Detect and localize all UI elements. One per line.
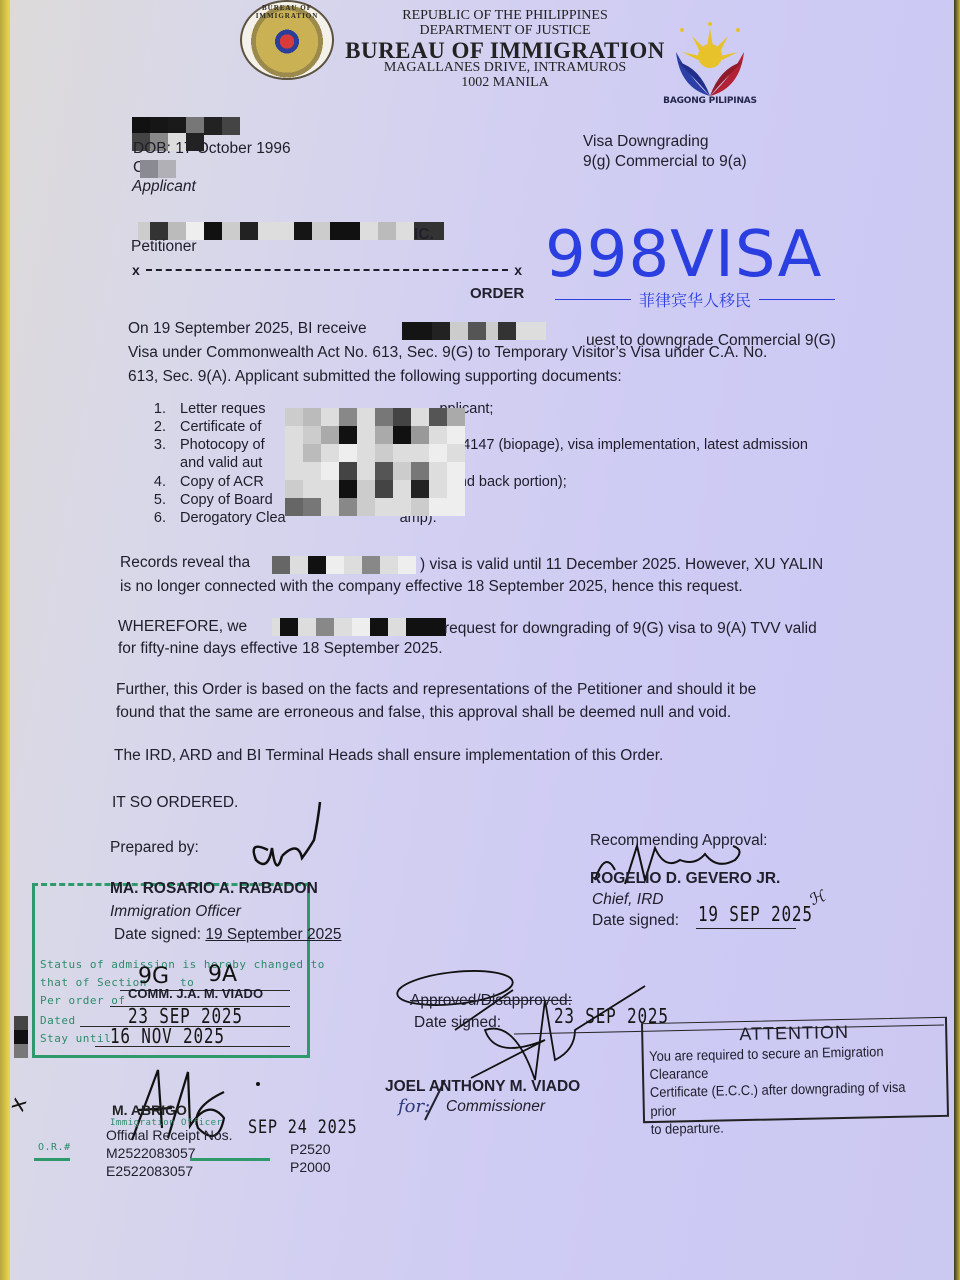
applicant-dob: DOB: 17 October 1996 [133, 138, 291, 159]
document-number: 5. [150, 491, 166, 509]
para4-line-1: Further, this Order is based on the fact… [116, 679, 756, 700]
margin-mark-x: x [10, 1094, 32, 1115]
redacted-para1 [402, 322, 546, 340]
receipt-amount-1: P2520 [290, 1140, 330, 1159]
document-text: and valid aut [180, 454, 262, 472]
watermark-brand: 998VISA [545, 218, 822, 292]
redacted-left-margin [14, 1016, 28, 1058]
document-text: Certificate of [180, 418, 261, 436]
document-item: 6.Derogatory Cleaamp). [150, 509, 808, 527]
recommending-name: ROGELIO D. GEVERO JR. [590, 868, 780, 889]
stamp-or-label: O.R.# [38, 1142, 71, 1153]
recommending-date-rule [696, 928, 796, 929]
document-text: Letter reques [180, 400, 265, 418]
document-text: Copy of Board [180, 491, 273, 509]
order-document: BUREAU OF IMMIGRATION REPUBLIC OF THE PH… [10, 0, 954, 1280]
stamp-stay-rule [95, 1046, 290, 1047]
para3-line-1a: WHEREFORE, we [118, 616, 247, 637]
stamp-order-value: COMM. J.A. M. VIADO [128, 986, 263, 1001]
prepared-name: MA. ROSARIO A. RABADON [110, 878, 318, 899]
bagong-pilipinas-label: BAGONG PILIPINAS [655, 96, 765, 106]
receipt-amount-2: P2000 [290, 1158, 330, 1177]
stamp-receipt-underline [190, 1158, 270, 1161]
document-text: Copy of ACR [180, 473, 264, 491]
redacted-para2 [272, 556, 416, 574]
approval-for-label: for: [398, 1096, 430, 1117]
signature-rabadon-icon [238, 800, 338, 880]
attention-notice: ATTENTION You are required to secure an … [641, 1017, 949, 1123]
receipt-number-1: M2522083057 [106, 1144, 196, 1163]
stamp-stay-label: Stay until [40, 1032, 111, 1045]
document-item: 5.Copy of Board [150, 491, 808, 509]
document-item: 2.Certificate ofner; [150, 418, 808, 436]
document-item: 1.Letter requespplicant; [150, 400, 808, 418]
document-number [150, 454, 166, 472]
para1-line-2: Visa under Commonwealth Act No. 613, Sec… [128, 342, 767, 363]
seal-text: BUREAU OF IMMIGRATION [242, 4, 332, 20]
prepared-date-row: Date signed: 19 September 2025 [114, 924, 342, 945]
stamp-status-line: Status of admission is hereby changed to [40, 958, 325, 971]
document-number: 2. [150, 418, 166, 436]
stamp-dated-label: Dated [40, 1014, 76, 1027]
document-number: 6. [150, 509, 166, 527]
receipts-label: Official Receipt Nos. [106, 1126, 233, 1145]
bureau-seal-logo: BUREAU OF IMMIGRATION [240, 0, 334, 80]
prepared-date-value: 19 September 2025 [205, 926, 341, 943]
document-text-tail: EP6444147 (biopage), visa implementation… [419, 436, 808, 454]
petitioner-role-label: Petitioner [131, 236, 196, 257]
document-number: 4. [150, 473, 166, 491]
approval-name: JOEL ANTHONY M. VIADO [385, 1076, 580, 1097]
watermark-subtitle-row: 菲律宾华人移民 [555, 288, 835, 311]
recommending-date-value: 19 SEP 2025 [698, 902, 813, 926]
prepared-title: Immigration Officer [110, 901, 241, 922]
approval-date-label: Date signed: [414, 1012, 501, 1033]
order-title: ORDER [470, 284, 524, 305]
bagong-pilipinas-logo-icon [670, 22, 750, 98]
divider-dashes [146, 269, 508, 271]
stamp-or-underline [34, 1158, 70, 1161]
para1-line-1a: On 19 September 2025, BI receive [128, 318, 367, 339]
divider-right-mark: x [514, 262, 522, 278]
para3-line-1b: request for downgrading of 9(G) visa to … [444, 618, 817, 639]
document-number: 1. [150, 400, 166, 418]
stamp-to-value: 9A [208, 962, 237, 987]
para5: The IRD, ARD and BI Terminal Heads shall… [114, 745, 663, 766]
redacted-para3 [272, 618, 446, 636]
stamp-officer-name: M. ABRIGO [112, 1102, 187, 1118]
attention-line-1: You are required to secure an Emigration… [643, 1041, 938, 1084]
para1-line-3: 613, Sec. 9(A). Applicant submitted the … [128, 366, 622, 387]
watermark-rule-right [759, 299, 835, 301]
prepared-label: Prepared by: [110, 837, 199, 858]
para3-line-2: for fifty-nine days effective 18 Septemb… [118, 638, 443, 659]
watermark-subtitle: 菲律宾华人移民 [639, 288, 751, 311]
recommending-date-label: Date signed: [592, 910, 679, 931]
watermark-rule-left [555, 299, 631, 301]
approval-title: Commissioner [446, 1096, 545, 1117]
para2-line-2: is no longer connected with the company … [120, 576, 743, 597]
supporting-documents-list: 1.Letter requespplicant; 2.Certificate o… [150, 400, 808, 527]
petitioner-name-suffix: IC. [414, 224, 434, 245]
para6-so-ordered: IT SO ORDERED. [112, 792, 238, 813]
document-item: 3.Photocopy ofEP6444147 (biopage), visa … [150, 436, 808, 454]
divider-left-mark: x [132, 262, 140, 278]
attention-line-2: Certificate (E.C.C.) after downgrading o… [644, 1077, 939, 1120]
redacted-documents [285, 408, 475, 516]
recommending-title: Chief, IRD [592, 889, 664, 910]
header-address-1: MAGALLANES DRIVE, INTRAMUROS [340, 60, 670, 76]
document-item: and valid aut [150, 454, 808, 472]
header-department: DEPARTMENT OF JUSTICE [340, 23, 670, 39]
receipt-number-2: E2522083057 [106, 1162, 193, 1181]
prepared-date-label: Date signed: [114, 926, 201, 943]
document-item: 4.Copy of ACR(front and back portion); [150, 473, 808, 491]
header-republic: REPUBLIC OF THE PHILIPPINES [340, 8, 670, 24]
receipt-stamp-date: SEP 24 2025 [248, 1116, 357, 1138]
para4-line-2: found that the same are erroneous and fa… [116, 702, 731, 723]
document-number: 3. [150, 436, 166, 454]
case-subject-line-1: Visa Downgrading [583, 131, 709, 152]
document-text: Derogatory Clea [180, 509, 286, 527]
case-subject-line-2: 9(g) Commercial to 9(a) [583, 151, 747, 172]
stamp-stay-value: 16 NOV 2025 [110, 1024, 225, 1048]
document-text: Photocopy of [180, 436, 265, 454]
para2-line-1a: Records reveal tha [120, 552, 250, 573]
para2-line-1b: ) visa is valid until 11 December 2025. … [420, 554, 823, 575]
approval-label: Approved/Disapproved: [410, 990, 572, 1011]
applicant-role-label: Applicant [132, 176, 196, 197]
divider-line: x x [132, 262, 522, 278]
header-address-2: 1002 MANILA [340, 75, 670, 91]
